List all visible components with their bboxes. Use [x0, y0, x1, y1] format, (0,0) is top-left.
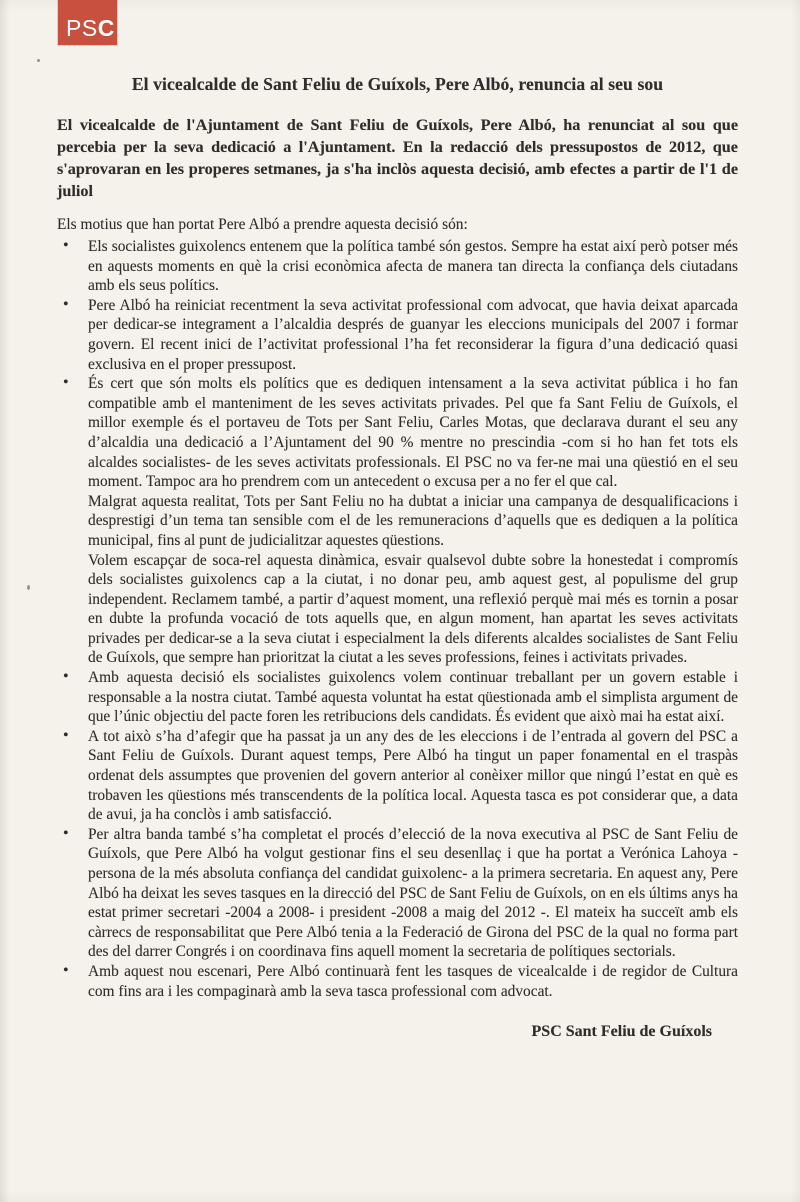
bullet-item: •Per altra banda també s’ha completat el…: [57, 825, 738, 962]
bullet-dot-icon: •: [63, 373, 69, 393]
bullet-list: •Els socialistes guixolencs entenem que …: [57, 237, 738, 1001]
bullet-text: Malgrat aquesta realitat, Tots per Sant …: [88, 493, 738, 549]
bullet-dot-icon: •: [63, 961, 69, 981]
bullet-text: Per altra banda també s’ha completat el …: [88, 826, 738, 961]
bullet-dot-icon: •: [63, 726, 69, 746]
bullet-item: •Pere Albó ha reiniciat recentment la se…: [57, 296, 738, 374]
bullet-text: A tot això s’ha d’afegir que ha passat j…: [88, 728, 738, 823]
bullet-text: Amb aquesta decisió els socialistes guix…: [88, 669, 738, 725]
bullet-item: •Els socialistes guixolencs entenem que …: [57, 237, 738, 296]
bullet-dot-icon: •: [63, 667, 69, 687]
bullet-item: •Amb aquest nou escenari, Pere Albó cont…: [57, 962, 738, 1001]
bullet-item: •És cert que són molts els polítics que …: [57, 374, 738, 492]
scan-speck: [37, 59, 40, 62]
lead-paragraph: El vicealcalde de l'Ajuntament de Sant F…: [57, 114, 738, 202]
signature-line: PSC Sant Feliu de Guíxols: [57, 1023, 712, 1041]
scan-speck: [27, 585, 30, 590]
reasons-intro-line: Els motius que han portat Pere Albó a pr…: [57, 215, 738, 235]
continuation-paragraph: Volem escapçar de soca-rel aquesta dinàm…: [57, 551, 738, 669]
bullet-dot-icon: •: [63, 824, 69, 844]
bullet-dot-icon: •: [63, 295, 69, 315]
bullet-dot-icon: •: [63, 236, 69, 256]
bullet-item: •Amb aquesta decisió els socialistes gui…: [57, 668, 738, 727]
document-body: El vicealcalde de Sant Feliu de Guíxols,…: [57, 0, 738, 1041]
bullet-item: •A tot això s’ha d’afegir que ha passat …: [57, 727, 738, 825]
scanned-press-release-page: PSC El vicealcalde de Sant Feliu de Guíx…: [0, 0, 800, 1202]
bullet-text: Pere Albó ha reiniciat recentment la sev…: [88, 297, 738, 373]
bullet-text: Volem escapçar de soca-rel aquesta dinàm…: [88, 552, 738, 667]
bullet-text: Els socialistes guixolencs entenem que l…: [88, 238, 738, 294]
bullet-text: Amb aquest nou escenari, Pere Albó conti…: [88, 963, 738, 1000]
document-title: El vicealcalde de Sant Feliu de Guíxols,…: [57, 74, 738, 95]
bullet-text: És cert que són molts els polítics que e…: [88, 375, 738, 490]
continuation-paragraph: Malgrat aquesta realitat, Tots per Sant …: [57, 492, 738, 551]
